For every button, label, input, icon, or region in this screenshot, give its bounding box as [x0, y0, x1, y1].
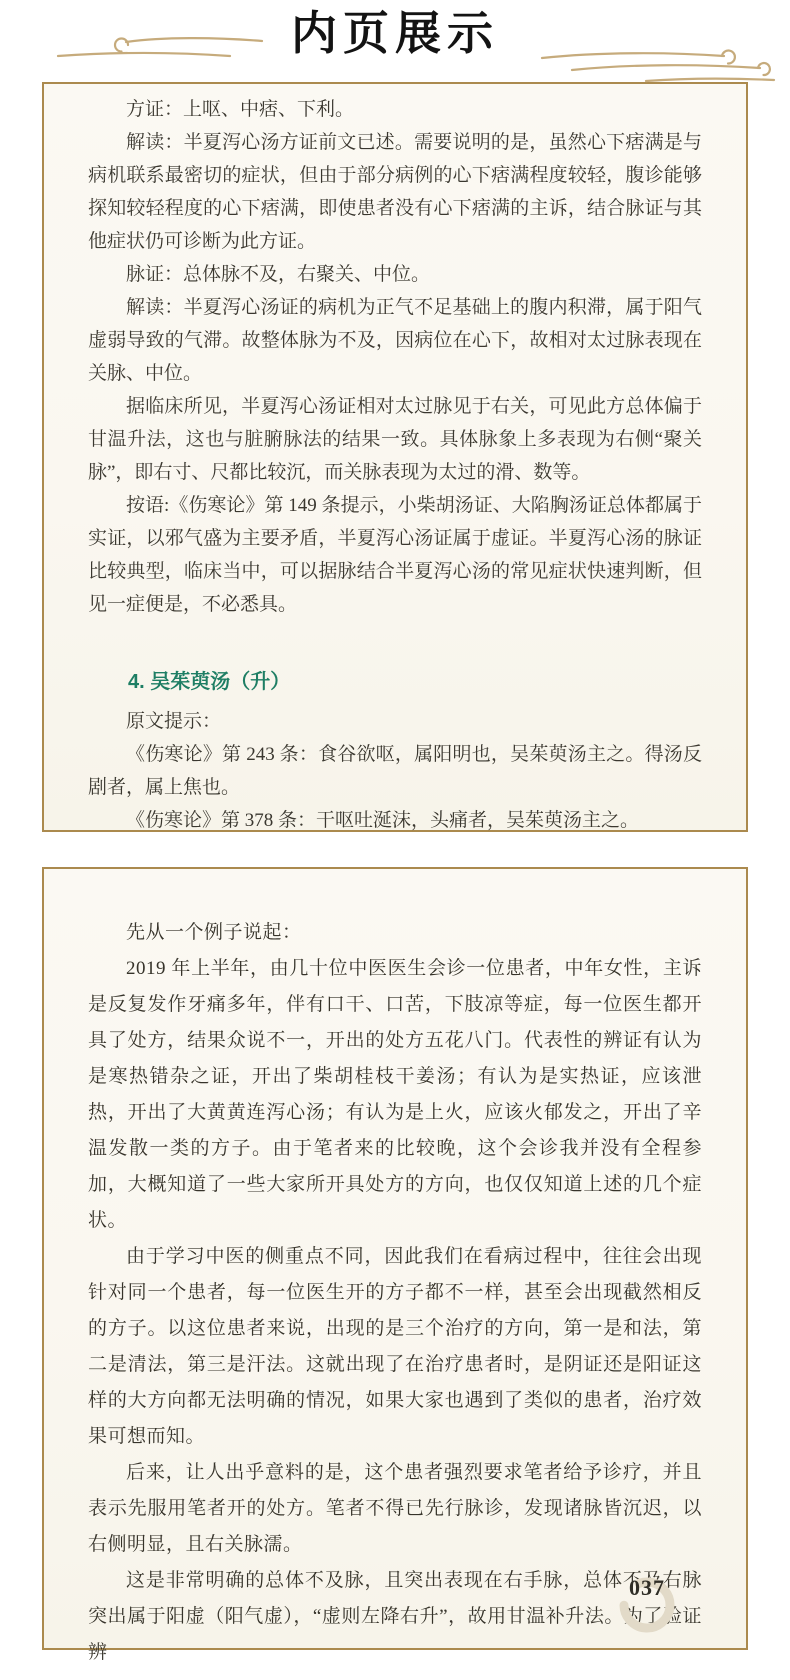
section-heading: 4. 吴茱萸汤（升） — [88, 667, 702, 697]
header: 内页展示 — [0, 0, 790, 82]
paragraph: 由于学习中医的侧重点不同，因此我们在看病过程中，往往会出现针对同一个患者，每一位… — [88, 1239, 702, 1455]
book-page-scan-2: 先从一个例子说起： 2019 年上半年，由几十位中医医生会诊一位患者，中年女性，… — [42, 867, 748, 1650]
paragraph: 后来，让人出乎意料的是，这个患者强烈要求笔者给予诊疗，并且表示先服用笔者开的处方… — [88, 1455, 702, 1563]
paragraph: 解读：半夏泻心汤方证前文已述。需要说明的是，虽然心下痞满是与病机联系最密切的症状… — [88, 126, 702, 258]
paragraph: 原文提示： — [88, 705, 702, 738]
page-root: 内页展示 方证：上呕、中痞、下利。 解读：半夏泻心汤方证前文已述。需要说明的是，… — [0, 0, 790, 1680]
page-number: 037 — [614, 1568, 680, 1634]
cloud-flourish-left-icon — [52, 32, 268, 64]
paragraph: 先从一个例子说起： — [88, 915, 702, 951]
paragraph: 方证：上呕、中痞、下利。 — [88, 93, 702, 126]
paragraph: 脉证：总体脉不及，右聚关、中位。 — [88, 258, 702, 291]
page-number-label: 037 — [614, 1575, 680, 1601]
paragraph: 按语:《伤寒论》第 149 条提示，小柴胡汤证、大陷胸汤证总体都属于实证，以邪气… — [88, 489, 702, 621]
paragraph: 这是非常明确的总体不及脉，且突出表现在右手脉，总体不及右脉突出属于阳虚（阳气虚）… — [88, 1563, 702, 1671]
paragraph: 《伤寒论》第 378 条：干呕吐涎沫，头痛者，吴茱萸汤主之。 — [88, 804, 702, 837]
paragraph: 据临床所见，半夏泻心汤证相对太过脉见于右关，可见此方总体偏于甘温升法，这也与脏腑… — [88, 390, 702, 489]
book-page-scan-1: 方证：上呕、中痞、下利。 解读：半夏泻心汤方证前文已述。需要说明的是，虽然心下痞… — [42, 82, 748, 832]
paragraph: 2019 年上半年，由几十位中医医生会诊一位患者，中年女性，主诉是反复发作牙痛多… — [88, 951, 702, 1239]
paragraph: 《伤寒论》第 243 条：食谷欲呕，属阳明也，吴茱萸汤主之。得汤反剧者，属上焦也… — [88, 738, 702, 804]
cloud-flourish-right-icon — [528, 48, 786, 90]
paragraph: 解读：半夏泻心汤证的病机为正气不足基础上的腹内积滞，属于阳气虚弱导致的气滞。故整… — [88, 291, 702, 390]
